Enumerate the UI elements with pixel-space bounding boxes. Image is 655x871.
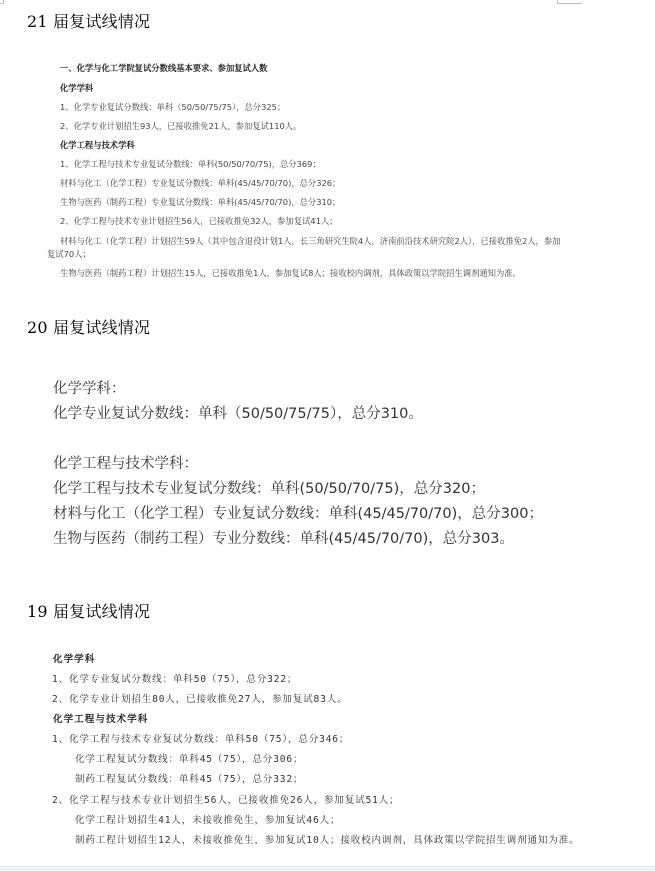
text-line: 2、化学工程与技术专业计划招生56人，已接收推免32人，参加复试41人； [60,215,338,227]
subject-heading-chemeng: 化学工程与技术学科 [53,711,148,725]
section-heading-20: 20 届复试线情况 [27,315,150,338]
text-line: 化学专业复试分数线：单科（50/50/75/75），总分310。 [53,402,423,423]
page-corner-mark-right [557,0,582,4]
subject-heading-chemistry: 化学学科： [53,377,126,398]
text-line: 生物与医药（制药工程）计划招生15人，已接收推免1人，参加复试8人；接收校内调剂… [60,267,521,279]
text-line: 1、化学专业复试分数线：单科50（75），总分322； [52,671,297,685]
subject-heading-chemistry: 化学学科 [60,82,93,94]
text-line: 1、化学专业复试分数线：单科（50/50/75/75），总分325； [60,101,285,113]
text-line: 材料与化工（化学工程）计划招生59人（其中包含退役计划1人，长三角研究生院4人，… [60,235,560,247]
text-line: 生物与医药（制药工程）专业复试分数线：单科(45/45/70/70)，总分310… [60,196,340,208]
section-heading-19: 19 届复试线情况 [27,599,150,622]
text-line: 材料与化工（化学工程）专业复试分数线：单科(45/45/70/70)，总分300… [53,502,543,523]
section-21-title: 一、化学与化工学院复试分数线基本要求、参加复试人数 [60,62,267,74]
text-line: 制药工程复试分数线：单科45（75），总分332； [75,771,303,785]
page-bottom-edge [0,866,655,871]
text-line: 2、化学专业计划招生93人，已接收推免21人，参加复试110人。 [60,120,301,132]
text-line: 化学工程计划招生41人，未接收推免生，参加复试46人； [75,812,340,826]
text-line: 制药工程计划招生12人，未接收推免生，参加复试10人；接收校内调剂，具体政策以学… [75,832,579,846]
text-line: 生物与医药（制药工程）专业分数线：单科(45/45/70/70)，总分303。 [53,527,514,548]
text-line: 化学工程与技术专业复试分数线：单科(50/50/70/75)，总分320； [53,477,485,498]
text-line: 复试70人； [47,248,91,260]
text-line: 2、化学工程与技术专业计划招生56人，已接收推免26人，参加复试51人； [52,792,399,806]
subject-heading-chemeng: 化学工程与技术学科： [53,452,198,473]
subject-heading-chemistry: 化学学科 [53,651,95,665]
subject-heading-chemeng: 化学工程与技术学科 [60,139,135,151]
text-line: 2、化学专业计划招生80人，已接收推免27人，参加复试83人。 [52,691,347,705]
page-corner-mark-left [0,0,4,4]
text-line: 材料与化工（化学工程）专业复试分数线：单科(45/45/70/70)，总分326… [60,177,340,189]
text-line: 1、化学工程与技术专业复试分数线：单科50（75），总分346； [52,731,349,745]
text-line: 1、化学工程与技术专业复试分数线：单科(50/50/70/75)，总分369； [60,158,321,170]
text-line: 化学工程复试分数线：单科45（75），总分306； [75,751,303,765]
section-heading-21: 21 届复试线情况 [27,9,150,32]
